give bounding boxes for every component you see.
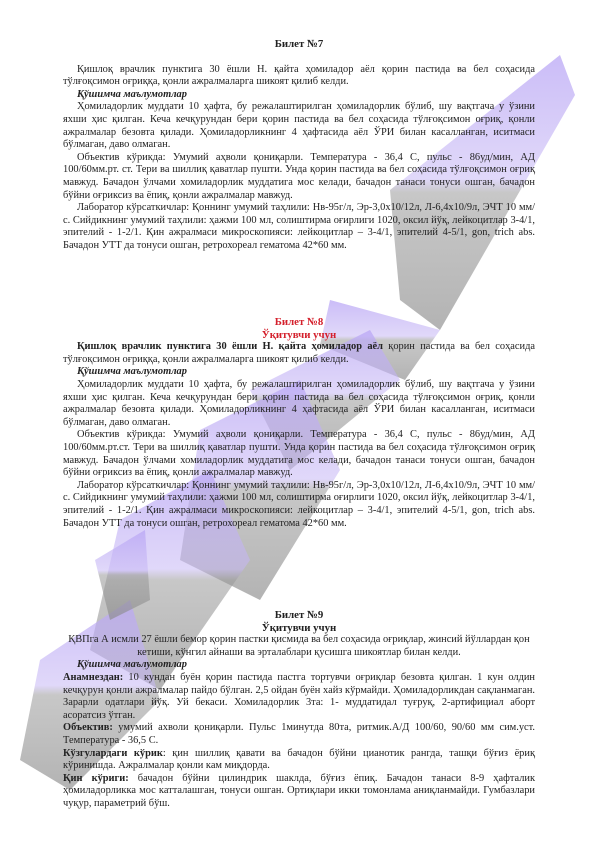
paragraph: Объектив кўрикда: Умумий аҳволи қониқарл… — [63, 152, 535, 202]
ticket-subtitle: Ўқитувчи учун — [63, 622, 535, 635]
section-label: Анамнездан: — [63, 672, 123, 683]
section-vaginal-exam: Қин кўриги: бачадон бўйни цилиндрик шакл… — [63, 773, 535, 811]
ticket-intro: ҚВПга А исмли 27 ёшли бемор қорин пастки… — [63, 634, 535, 659]
section-text: 10 кундан буён қорин пастида пастга торт… — [63, 672, 535, 721]
sub-heading: Қўшимча маълумотлар — [63, 89, 535, 102]
section-objective: Объектив: умумий ахволи қониқарли. Пульс… — [63, 722, 535, 747]
paragraph: Лаборатор кўрсаткичлар: Қоннинг умумий т… — [63, 480, 535, 530]
ticket-7: Билет №7 Қишлоқ врачлик пунктига 30 ёшли… — [63, 38, 535, 253]
section-label: Кўзгулардаги кўрик — [63, 748, 163, 759]
ticket-intro: Қишлоқ врачлик пунктига 30 ёшли Н. қайта… — [63, 64, 535, 89]
ticket-subtitle: Ўқитувчи учун — [63, 329, 535, 342]
ticket-9: Билет №9 Ўқитувчи учун ҚВПга А исмли 27 … — [63, 609, 535, 811]
ticket-8: Билет №8 Ўқитувчи учун Қишлоқ врачлик пу… — [63, 316, 535, 530]
paragraph: Лаборатор кўрсаткичлар: Қоннинг умумий т… — [63, 202, 535, 252]
section-label: Объектив: — [63, 722, 113, 733]
ticket-title: Билет №7 — [63, 38, 535, 51]
sub-heading: Қўшимча маълумотлар — [63, 659, 535, 672]
paragraph: Ҳомиладорлик муддати 10 ҳафта, бу режала… — [63, 101, 535, 151]
section-text: умумий ахволи қониқарли. Пульс 1минутда … — [63, 722, 535, 746]
section-anamnesis: Анамнездан: 10 кундан буён қорин пастида… — [63, 672, 535, 722]
sub-heading: Қўшимча маълумотлар — [63, 366, 535, 379]
intro-bold: Қишлоқ врачлик пунктига 30 ёшли Н. қайта… — [77, 341, 383, 352]
section-text: бачадон бўйни цилиндрик шаклда, бўғиз ёп… — [63, 773, 535, 809]
ticket-intro: Қишлоқ врачлик пунктига 30 ёшли Н. қайта… — [63, 341, 535, 366]
paragraph: Объектив кўрикда: Умумий аҳволи қониқарл… — [63, 429, 535, 479]
document-page: Билет №7 Қишлоқ врачлик пунктига 30 ёшли… — [0, 0, 596, 842]
ticket-title: Билет №8 — [63, 316, 535, 329]
section-speculum-exam: Кўзгулардаги кўрик: қин шиллиқ қавати ва… — [63, 748, 535, 773]
paragraph: Ҳомиладорлик муддати 10 ҳафта, бу режала… — [63, 379, 535, 429]
ticket-title: Билет №9 — [63, 609, 535, 622]
section-label: Қин кўриги: — [63, 773, 129, 784]
